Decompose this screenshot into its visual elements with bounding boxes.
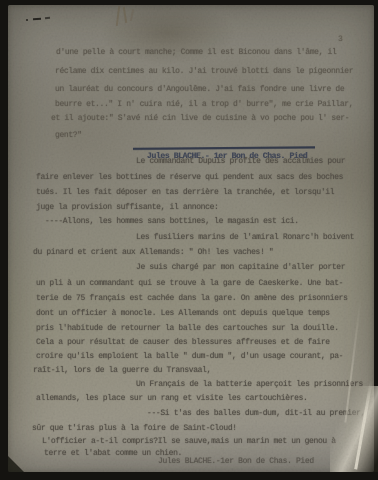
text-line: Le commandant Dupuis profite des accalmi…: [136, 157, 345, 166]
text-line: ----Allons, les hommes sans bottines, le…: [45, 217, 299, 226]
text-line: Un Français de la batterie aperçoit les …: [136, 380, 363, 389]
text-line: raît-il, lors de la guerre du Transvaal,: [33, 366, 211, 375]
text-line: allemands, les place sur un rang et visi…: [36, 394, 308, 403]
text-line: et il ajoute:" S'avé nié cin live de cui…: [51, 114, 349, 123]
text-line: croire qu'ils emploient la balle " dum-d…: [36, 352, 343, 361]
text-line: juge la provision suffisante, il annonce…: [36, 203, 218, 212]
text-line: gent?": [55, 131, 82, 140]
strikethrough-mark: [133, 146, 315, 150]
text-line: tués. Il les fait déposer en tas derrièr…: [36, 188, 334, 197]
page-number: 3: [338, 35, 342, 44]
text-line: ---Si t'as des balles dum-dum, dit-il au…: [147, 409, 365, 418]
text-line: Cela a pour résultat de causer des bless…: [36, 338, 330, 347]
text-line: dont un officier à monocle. Les Allemand…: [36, 309, 330, 318]
text-line: d'une pelle à court manche; Comme il est…: [56, 48, 336, 57]
text-line: beurre et..." I n' cuira nié, il a trop …: [55, 100, 353, 109]
text-line: sûr que t'iras plus à la foire de Saint-…: [32, 424, 237, 433]
text-line: un lauréat du concours d'Angoulême. J'ai…: [55, 85, 344, 94]
text-line: Les fusiliers marins de l'amiral Ronarc'…: [136, 233, 354, 242]
text-line: pris l'habitude de retourner la balle de…: [36, 324, 339, 333]
text-line: terie de 75 français est cachée dans la …: [36, 294, 348, 303]
text-line: réclame dix centimes au kilo. J'ai trouv…: [55, 67, 353, 76]
text-line: faire enlever les bottines de réserve qu…: [36, 173, 343, 182]
text-line: L'officier a-t-il compris?Il se sauve,ma…: [42, 437, 336, 446]
text-line: Je suis chargé par mon capitaine d'aller…: [136, 263, 345, 272]
signature-line: Jules BLACHE.-1er Bon de Chas. Pied: [158, 457, 314, 466]
text-line: du pinard et crient aux Allemands: " Oh!…: [33, 248, 273, 257]
pencil-mark: [45, 17, 50, 19]
pencil-mark: [33, 18, 41, 20]
text-line: un pli à un commandant qui se trouve à l…: [36, 279, 343, 288]
pencil-mark: [26, 19, 28, 21]
